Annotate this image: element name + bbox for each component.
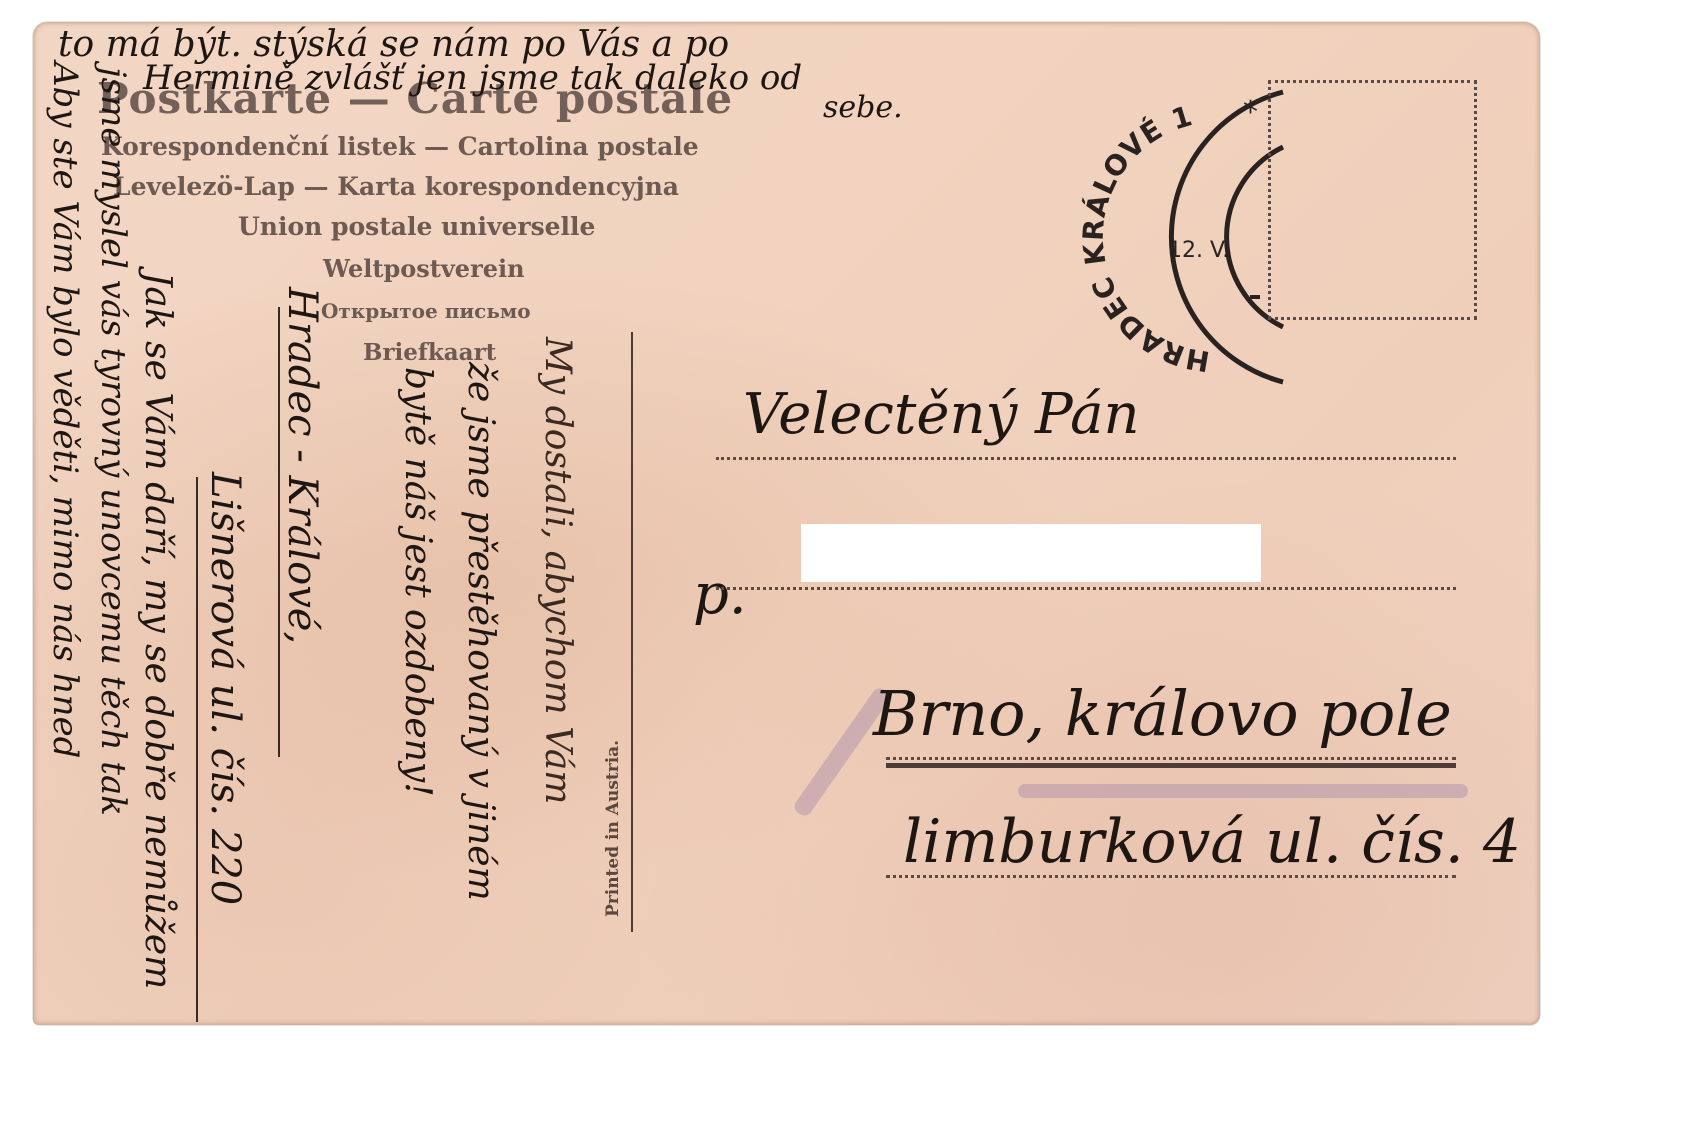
header-line-czech-italian: Korespondenční listek — Cartolina postal… bbox=[101, 132, 699, 161]
address-salutation: Velectěný Pán bbox=[743, 382, 1140, 447]
pencil-mark bbox=[1018, 784, 1468, 798]
return-address-street: Lišnerová ul. čís. 220 bbox=[202, 472, 248, 905]
return-address-city: Hradec - Králové, bbox=[279, 287, 325, 644]
address-dotted-line bbox=[886, 757, 1456, 760]
message-column: Jak se Vám daří, my se dobře nemůžem bbox=[137, 272, 178, 989]
stamp-placeholder-box bbox=[1268, 80, 1477, 320]
header-line-russian: Открытое письмо bbox=[321, 299, 531, 323]
message-column: jsme myslel vás tyrovný unovcemu těch ta… bbox=[93, 67, 133, 816]
address-name-prefix: p. bbox=[693, 562, 747, 627]
address-divider bbox=[631, 332, 633, 932]
message-column: My dostali, abychom Vám bbox=[537, 337, 578, 804]
postmark-date: 12. V. bbox=[1168, 238, 1229, 263]
header-line-upu: Union postale universelle bbox=[238, 212, 595, 241]
underline-stroke bbox=[196, 477, 198, 1022]
address-underline bbox=[886, 763, 1456, 768]
handwritten-line: Hermině zvlášť jen jsme tak daleko od bbox=[143, 58, 802, 98]
address-street: limburková ul. čís. 4 bbox=[903, 807, 1521, 877]
postcard: to má být. stýská se nám po Vás a po Pos… bbox=[33, 22, 1540, 1025]
printed-in-austria: Printed in Austria. bbox=[603, 740, 623, 917]
svg-text:*: * bbox=[1243, 95, 1258, 130]
message-column: bytě náš jest ozdobeny! bbox=[397, 367, 438, 797]
message-column: Aby ste Vám bylo věděti, mimo nás hned bbox=[45, 62, 85, 758]
address-dotted-line bbox=[886, 875, 1456, 878]
header-line-hungarian-polish: Levelezö-Lap — Karta korespondencyjna bbox=[113, 172, 679, 201]
redacted-name bbox=[801, 524, 1261, 582]
message-column: že jsme přestěhovaný v jiném bbox=[460, 362, 501, 901]
handwritten-line: sebe. bbox=[823, 90, 903, 125]
header-line-weltpostverein: Weltpostverein bbox=[323, 254, 525, 283]
address-city: Brno, královo pole bbox=[873, 677, 1452, 750]
address-dotted-line bbox=[716, 457, 1456, 460]
address-dotted-line bbox=[716, 587, 1456, 590]
